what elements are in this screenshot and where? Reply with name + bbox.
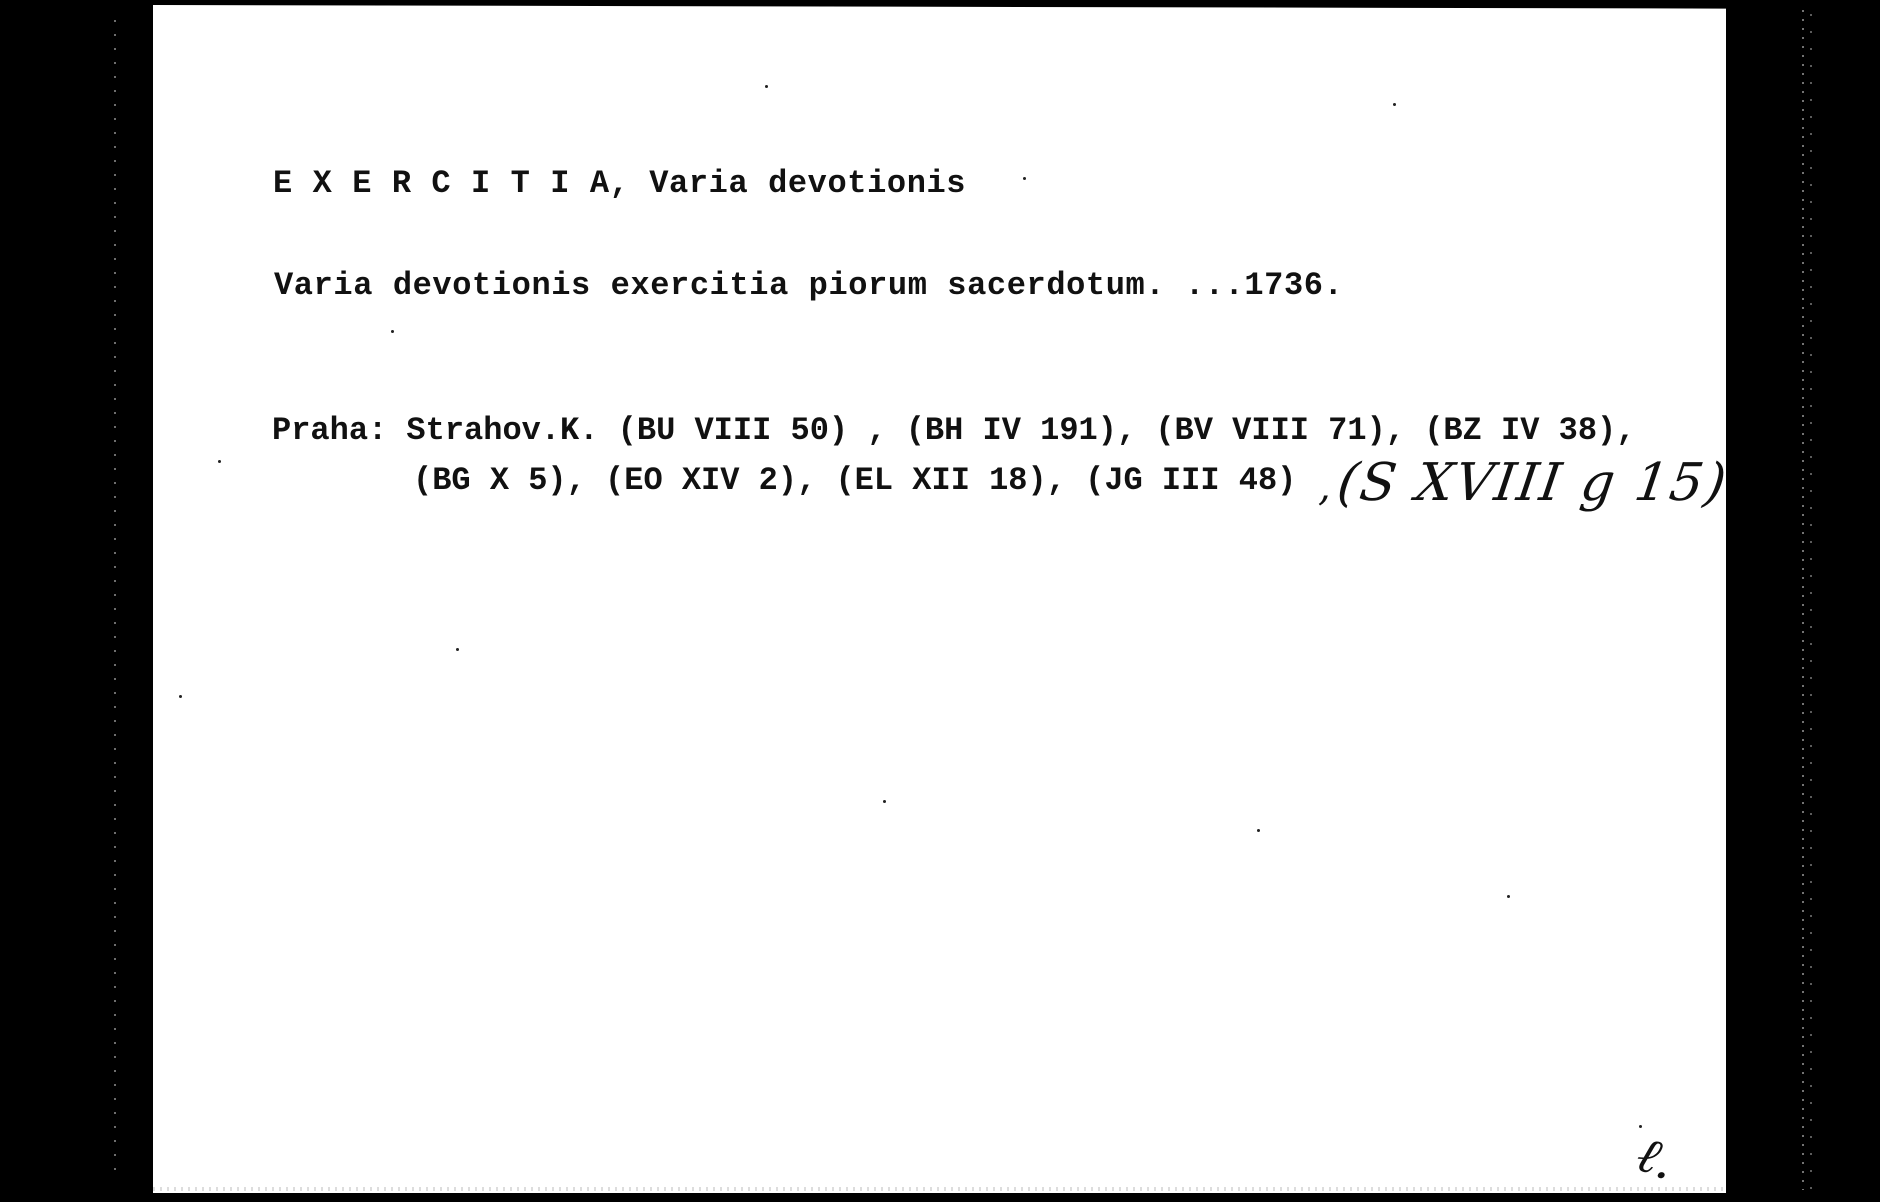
holdings-line-1: Praha: Strahov.K. (BU VIII 50) , (BH IV … [272,415,1635,447]
speck [1393,103,1396,106]
speck [218,460,221,463]
speck [1507,895,1510,898]
speck [391,330,394,333]
speck [1023,177,1026,180]
handwritten-shelfmark: (S XVIII g 15) [1334,457,1731,509]
scan-bottom-noise [153,1187,1726,1191]
speck [1257,829,1260,832]
card-title-line: Varia devotionis exercitia piorum sacerd… [274,270,1343,302]
handwritten-comma: , [1318,467,1331,507]
speck [179,695,182,698]
scan-edge-noise-right [1800,10,1814,1190]
card-heading: E X E R C I T I A, Varia devotionis [273,168,966,200]
speck [1639,1125,1642,1128]
catalog-card: E X E R C I T I A, Varia devotionis Vari… [153,5,1726,1193]
speck [883,800,886,803]
handwritten-corner-mark: ℓ. [1631,1128,1683,1188]
holdings-line-2: (BG X 5), (EO XIV 2), (EL XII 18), (JG I… [413,465,1296,497]
scan-edge-noise-left [114,20,116,1180]
speck [765,85,768,88]
speck [456,648,459,651]
